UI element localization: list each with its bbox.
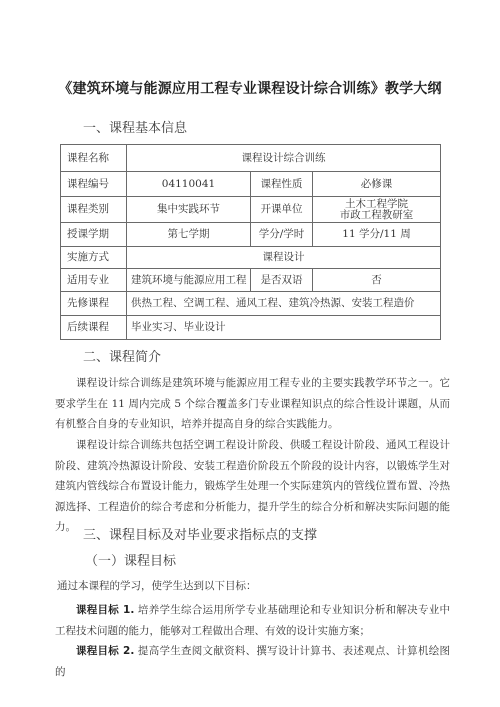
offering-unit-label: 开课单位 — [251, 197, 313, 223]
semester-label: 授课学期 — [61, 223, 127, 247]
table-row: 课程编号 04110041 课程性质 必修课 — [61, 172, 441, 197]
goals-intro: 通过本课程的学习，使学生达到以下目标： — [57, 578, 257, 593]
table-row: 适用专业 建筑环境与能源应用工程 是否双语 否 — [61, 269, 441, 292]
course-name-value: 课程设计综合训练 — [127, 145, 441, 172]
course-goal-1: 课程目标 1. 培养学生综合运用所学专业基础理论和专业知识分析和解决专业中工程技… — [55, 600, 450, 641]
table-row: 课程类别 集中实践环节 开课单位 土木工程学院 市政工程教研室 — [61, 197, 441, 223]
followup-label: 后续课程 — [61, 316, 127, 340]
course-goal-2: 课程目标 2. 提高学生查阅文献资料、撰写设计计算书、表述观点、计算机绘图的 — [55, 641, 450, 682]
offering-unit-line1: 土木工程学院 — [317, 199, 436, 210]
bilingual-value: 否 — [313, 269, 441, 292]
section-heading-goals: 三、课程目标及对毕业要求指标点的支撑 — [83, 524, 317, 543]
course-nature-label: 课程性质 — [251, 172, 313, 197]
prereq-value: 供热工程、空调工程、通风工程、建筑冷热源、安装工程造价 — [127, 292, 441, 316]
course-nature-value: 必修课 — [313, 172, 441, 197]
table-row: 先修课程 供热工程、空调工程、通风工程、建筑冷热源、安装工程造价 — [61, 292, 441, 316]
offering-unit-line2: 市政工程教研室 — [317, 210, 436, 221]
page-title: 《建筑环境与能源应用工程专业课程设计综合训练》教学大纲 — [0, 78, 500, 98]
course-info-table: 课程名称 课程设计综合训练 课程编号 04110041 课程性质 必修课 课程类… — [60, 144, 441, 340]
subheading-course-goals: （一）课程目标 — [85, 550, 176, 569]
course-code-value: 04110041 — [127, 172, 251, 197]
prereq-label: 先修课程 — [61, 292, 127, 316]
table-row: 实施方式 课程设计 — [61, 247, 441, 269]
method-value: 课程设计 — [127, 247, 441, 269]
semester-value: 第七学期 — [127, 223, 251, 247]
course-name-label: 课程名称 — [61, 145, 127, 172]
intro-paragraph-1: 课程设计综合训练是建筑环境与能源应用工程专业的主要实践教学环节之一。它要求学生在… — [55, 373, 450, 435]
section-heading-basic-info: 一、课程基本信息 — [83, 117, 187, 136]
credits-label: 学分/学时 — [251, 223, 313, 247]
credits-value: 11 学分/11 周 — [313, 223, 441, 247]
table-row: 课程名称 课程设计综合训练 — [61, 145, 441, 172]
course-goal-1-label: 课程目标 1. — [76, 604, 134, 616]
major-value: 建筑环境与能源应用工程 — [127, 269, 251, 292]
course-category-value: 集中实践环节 — [127, 197, 251, 223]
course-code-label: 课程编号 — [61, 172, 127, 197]
major-label: 适用专业 — [61, 269, 127, 292]
intro-paragraph-2: 课程设计综合训练共包括空调工程设计阶段、供暖工程设计阶段、通风工程设计阶段、建筑… — [55, 435, 450, 538]
method-label: 实施方式 — [61, 247, 127, 269]
section-heading-intro: 二、课程简介 — [83, 346, 161, 365]
bilingual-label: 是否双语 — [251, 269, 313, 292]
course-goal-2-label: 课程目标 2. — [76, 645, 134, 657]
table-row: 后续课程 毕业实习、毕业设计 — [61, 316, 441, 340]
table-row: 授课学期 第七学期 学分/学时 11 学分/11 周 — [61, 223, 441, 247]
followup-value: 毕业实习、毕业设计 — [127, 316, 441, 340]
offering-unit-value: 土木工程学院 市政工程教研室 — [313, 197, 441, 223]
course-category-label: 课程类别 — [61, 197, 127, 223]
